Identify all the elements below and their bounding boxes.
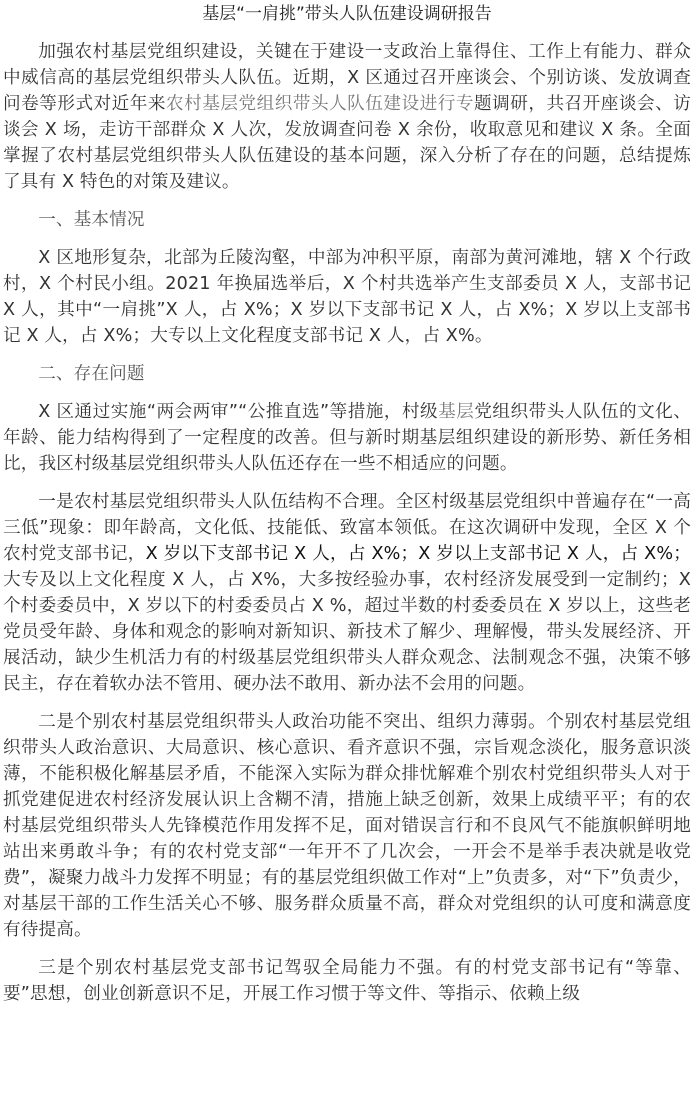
problem-point-3: 三是个别农村基层党支部书记驾驭全局能力不强。有的村党支部书记有“等靠、要”思想，… <box>3 955 691 1007</box>
problem-point-1: 一是农村基层党组织带头人队伍结构不合理。全区村级基层党组织中普遍存在“一高三低”… <box>3 489 691 697</box>
problems-intro-highlight: 基层 <box>438 402 474 422</box>
problems-intro-text-1: X 区通过实施“两会两审”“公推直选”等措施，村级 <box>38 402 438 422</box>
section-heading-basic-situation: 一、基本情况 <box>3 207 691 233</box>
basic-situation-paragraph: X 区地形复杂，北部为丘陵沟壑，中部为冲积平原，南部为黄河滩地，辖 X 个行政村… <box>3 245 691 349</box>
section-heading-existing-problems: 二、存在问题 <box>3 361 691 387</box>
problems-intro-paragraph: X 区通过实施“两会两审”“公推直选”等措施，村级基层党组织带头人队伍的文化、年… <box>3 399 691 477</box>
document-title: 基层“一肩挑”带头人队伍建设调研报告 <box>3 0 691 27</box>
document-page: 基层“一肩挑”带头人队伍建设调研报告 加强农村基层党组织建设，关键在于建设一支政… <box>0 0 693 1007</box>
intro-paragraph: 加强农村基层党组织建设，关键在于建设一支政治上靠得住、工作上有能力、群众中威信高… <box>3 39 691 195</box>
problem-point-1-text-2: 大专及以上文化程度 X 人，占 X%，大多按经验办事，农村经济发展受到一定制约；… <box>3 570 691 694</box>
intro-text-highlight: 农村基层党组织带头人队伍建设进行专 <box>166 94 474 114</box>
problem-point-1-dark-text: X 岁以下支部书记 X 人，占 X%；X 岁以上支部书记 X 人，占 X%； <box>146 544 691 564</box>
problem-point-2: 二是个别农村基层党组织带头人政治功能不突出、组织力薄弱。个别农村基层党组织带头人… <box>3 709 691 943</box>
